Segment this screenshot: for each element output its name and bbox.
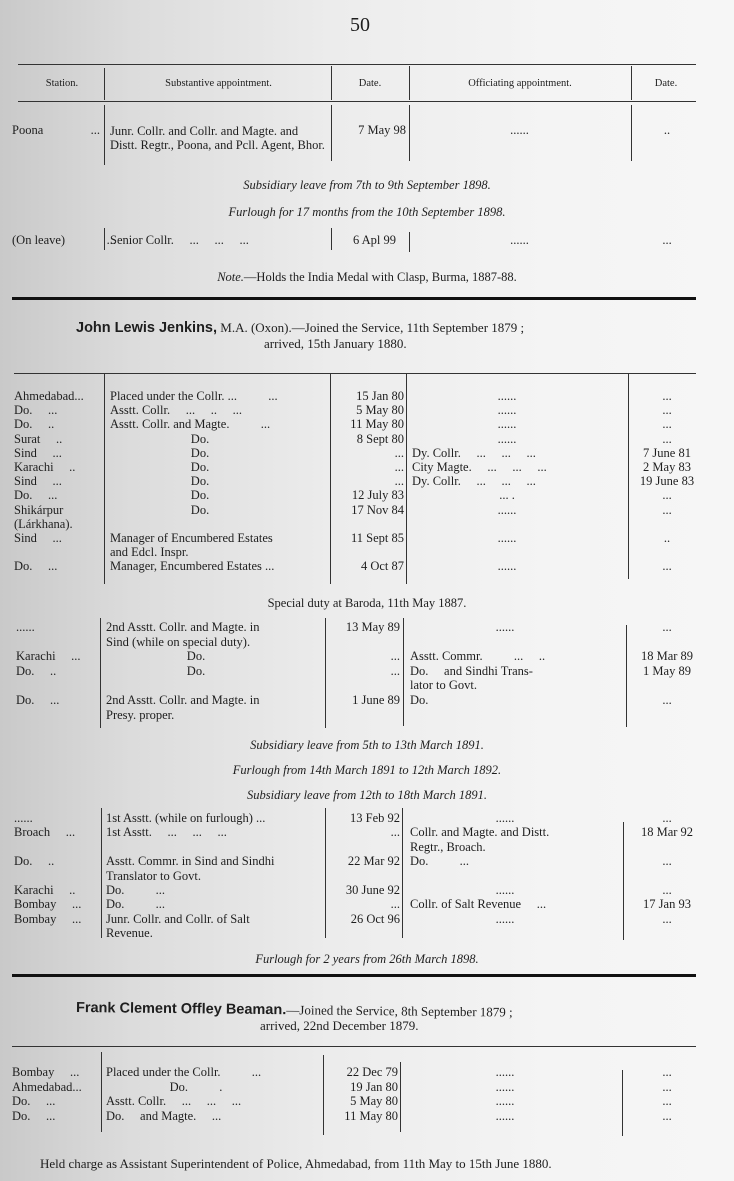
note-text: —Holds the India Medal with Clasp, Burma… [244,270,517,284]
date-cell: 5 May 80 [334,404,404,416]
substantive-cell: Do. [106,650,286,662]
officiating-cell: Regtr., Broach. [410,841,625,853]
substantive-cell: Do. [110,461,290,473]
officiating-cell: Collr. of Salt Revenue ... [410,898,625,910]
station-cell: Ahmedabad... [14,390,102,402]
station-cell: Karachi ... [16,650,104,662]
col-divider [406,374,407,584]
date2-cell: 19 June 83 [628,475,706,487]
substantive-cell: Junr. Collr. and Collr. and Magte. and D… [110,124,328,152]
officiating-cell: ...... [410,1095,600,1107]
officiating-cell: ...... [412,504,602,516]
officiating-cell: ...... [410,884,600,896]
col-divider [330,374,331,584]
col-divider [331,66,332,100]
col-divider [400,1062,401,1132]
police-charge-note: Held charge as Assistant Superintendent … [40,1156,552,1172]
officiating-cell: City Magte. ... ... ... [412,461,627,473]
substantive-cell: Revenue. [106,927,321,939]
col-divider [104,68,105,100]
station-cell: Broach ... [14,826,102,838]
col-divider [331,228,332,250]
substantive-cell: Placed under the Collr. ... [106,1066,321,1078]
date-cell: 7 May 98 [336,124,406,136]
date-cell: 13 Feb 92 [330,812,400,824]
officiating-cell: ...... [410,1066,600,1078]
officer-arrival: arrived, 22nd December 1879. [260,1018,418,1034]
date2-cell: ... [628,489,706,501]
substantive-cell: 2nd Asstt. Collr. and Magte. in [106,621,321,633]
officer-arrival: arrived, 15th January 1880. [264,336,407,352]
officiating-cell: ...... [410,1081,600,1093]
officer-intro: —Joined the Service, 8th September 1879 … [286,1002,513,1019]
date2-cell: ... [628,1095,706,1107]
date2-cell: ... [628,855,706,867]
officiating-cell: ...... [412,234,627,246]
note-label: Note. [217,270,244,284]
date2-cell: ... [628,812,706,824]
leave-note: Subsidiary leave from 7th to 9th Septemb… [0,178,734,193]
date-cell: 11 Sept 85 [334,532,404,544]
officiating-cell: ...... [412,560,602,572]
date2-cell: ... [628,504,706,516]
station-cell: Do. ... [12,1110,100,1122]
officer-name: John Lewis Jenkins, [76,320,217,336]
station-cell: Sind ... [14,447,102,459]
leave-note: Subsidiary leave from 5th to 13th March … [0,738,734,753]
station-cell: Do. ... [16,694,104,706]
substantive-cell: Do. [110,504,290,516]
date2-cell: ... [628,1110,706,1122]
date-cell: 5 May 80 [328,1095,398,1107]
substantive-cell: Junr. Collr. and Collr. of Salt [106,913,321,925]
substantive-cell: 1st Asstt. (while on furlough) ... [106,812,321,824]
officiating-cell: lator to Govt. [410,679,625,691]
substantive-cell: Asstt. Collr. and Magte. ... [110,418,325,430]
officiating-cell: ...... [410,913,600,925]
date2-cell: 2 May 83 [628,461,706,473]
substantive-cell: Do. [110,489,290,501]
officiating-cell: Do. [410,694,625,706]
officiating-cell: ...... [410,621,600,633]
officiating-cell: ...... [412,404,602,416]
col-divider [104,105,105,165]
date2-cell: ... [628,1066,706,1078]
date2-cell: ... [628,884,706,896]
substantive-cell: Do. . [106,1081,286,1093]
officiating-cell: ...... [412,433,602,445]
col-divider [409,66,410,100]
col-divider [409,105,410,161]
substantive-cell: and Edcl. Inspr. [110,546,325,558]
officer-entry-header: John Lewis Jenkins, M.A. (Oxon).—Joined … [76,320,524,336]
note: Note.—Holds the India Medal with Clasp, … [0,270,734,285]
officiating-cell: ...... [412,124,627,136]
section-divider [12,974,696,977]
station-cell: Karachi .. [14,461,102,473]
substantive-cell: Asstt. Collr. ... .. ... [110,404,325,416]
station-cell: Bombay ... [12,1066,100,1078]
header-bottom-rule [18,101,696,102]
date-cell: ... [330,898,400,910]
officiating-cell: ... . [412,489,602,501]
station-cell: Do. ... [12,1095,100,1107]
date-cell: 15 Jan 80 [334,390,404,402]
officiating-cell: ...... [412,532,602,544]
col-divider [101,1052,102,1132]
substantive-cell: Translator to Govt. [106,870,321,882]
date-cell: 22 Mar 92 [330,855,400,867]
date2-cell: 17 Jan 93 [628,898,706,910]
col-divider [631,66,632,100]
substantive-cell: 2nd Asstt. Collr. and Magte. in [106,694,321,706]
section-rule [14,373,696,374]
date-cell: ... [334,461,404,473]
substantive-cell: Placed under the Collr. ... ... [110,390,325,402]
date-cell: ... [330,650,400,662]
special-duty-note: Special duty at Baroda, 11th May 1887. [0,596,734,611]
station-cell: (Lárkhana). [14,518,102,530]
substantive-cell: Do. [110,433,290,445]
section-divider [12,297,696,300]
station-cell: Do. .. [16,665,104,677]
date-cell: 17 Nov 84 [334,504,404,516]
officiating-cell: Asstt. Commr. ... .. [410,650,625,662]
date2-cell: ... [628,560,706,572]
station-cell: Ahmedabad... [12,1081,100,1093]
substantive-cell: Do. [110,447,290,459]
officiating-cell: Dy. Collr. ... ... ... [412,447,627,459]
substantive-cell: Sind (while on special duty). [106,636,321,648]
col-divider [623,822,624,940]
station-cell: Bombay ... [14,913,102,925]
station-cell: Karachi .. [14,884,102,896]
date2-cell: ... [628,390,706,402]
date-cell: 19 Jan 80 [328,1081,398,1093]
col-divider [402,808,403,938]
station-cell: Bombay ... [14,898,102,910]
col-divider [331,105,332,161]
col-divider [325,618,326,728]
station-cell: Poona [12,123,43,137]
date-cell: ... [334,447,404,459]
date2-cell: ... [628,621,706,633]
substantive-cell: Do. [110,475,290,487]
officer-intro: M.A. (Oxon).—Joined the Service, 11th Se… [217,320,524,335]
substantive-cell: Presy. proper. [106,709,321,721]
col-divider [323,1055,324,1135]
date-cell: 30 June 92 [330,884,400,896]
station-cell: (On leave) [12,233,65,247]
date2-cell: ... [628,404,706,416]
date2-cell: 18 Mar 92 [628,826,706,838]
date2-cell: 18 Mar 89 [628,650,706,662]
officiating-cell: ...... [410,812,600,824]
station-cell: ...... [14,812,102,824]
station-cell: Sind ... [14,475,102,487]
station-cell: Do. ... [14,489,102,501]
officiating-cell: Do. and Sindhi Trans- [410,665,625,677]
date2-cell: ... [628,913,706,925]
date2-cell: ... [628,1081,706,1093]
col-divider [622,1070,623,1136]
header-top-rule [18,64,696,65]
substantive-cell: Manager of Encumbered Estates [110,532,325,544]
officer-name: Frank Clement Offley Beaman. [76,1000,286,1018]
date2-cell: ... [628,433,706,445]
date2-cell: ... [628,234,706,246]
page-number: 50 [350,14,370,37]
substantive-cell: Do. [106,665,286,677]
date-cell: 1 June 89 [330,694,400,706]
date-cell: 4 Oct 87 [334,560,404,572]
date-cell: ... [330,665,400,677]
col-header-date: Date. [331,66,409,100]
officiating-cell: ...... [412,418,602,430]
substantive-cell: Do. and Magte. ... [106,1110,321,1122]
substantive-cell: Do. ... [106,884,321,896]
date2-cell: 7 June 81 [628,447,706,459]
substantive-cell: Do. ... [106,898,321,910]
leave-note: Furlough for 17 months from the 10th Sep… [0,205,734,220]
officiating-cell: Do. ... [410,855,625,867]
date-cell: 13 May 89 [330,621,400,633]
substantive-cell: 1st Asstt. ... ... ... [106,826,321,838]
officiating-cell: Collr. and Magte. and Distt. [410,826,625,838]
officiating-cell: Dy. Collr. ... ... ... [412,475,627,487]
date2-cell: .. [628,124,706,136]
date-cell: 12 July 83 [334,489,404,501]
col-divider [325,808,326,938]
date2-cell: 1 May 89 [628,665,706,677]
date-cell: 11 May 80 [328,1110,398,1122]
date-cell: 22 Dec 79 [328,1066,398,1078]
station-cell: Do. .. [14,418,102,430]
leave-note: Furlough for 2 years from 26th March 189… [0,952,734,967]
date-cell: ... [330,826,400,838]
date-cell: 8 Sept 80 [334,433,404,445]
station-cell: Sind ... [14,532,102,544]
date-cell: 11 May 80 [334,418,404,430]
leader-dots: ... [91,124,100,136]
leave-note: Subsidiary leave from 12th to 18th March… [0,788,734,803]
col-divider [409,232,410,252]
date-cell: ... [334,475,404,487]
substantive-cell: Senior Collr. ... ... ... [110,234,325,246]
date2-cell: ... [628,694,706,706]
date2-cell: ... [628,418,706,430]
station-cell: ...... [16,621,104,633]
substantive-cell: Manager, Encumbered Estates ... [110,560,325,572]
col-divider [626,625,627,727]
date2-cell: .. [628,532,706,544]
col-header-date2: Date. [631,66,701,100]
col-header-officiating: Officiating appointment. [409,66,631,100]
station-cell: Surat .. [14,433,102,445]
station-cell: Do. ... [14,560,102,572]
col-divider [104,374,105,584]
station-cell: Do. ... [14,404,102,416]
officiating-cell: ...... [412,390,602,402]
leave-note: Furlough from 14th March 1891 to 12th Ma… [0,763,734,778]
station-cell: Do. .. [14,855,102,867]
col-header-station: Station. [18,66,106,100]
officiating-cell: ...... [410,1110,600,1122]
date-cell: 6 Apl 99 [336,234,396,246]
col-divider [403,618,404,726]
substantive-cell: Asstt. Commr. in Sind and Sindhi [106,855,321,867]
col-header-substantive: Substantive appointment. [106,66,331,100]
substantive-cell: Asstt. Collr. ... ... ... [106,1095,321,1107]
section-rule [12,1046,696,1047]
date-cell: 26 Oct 96 [330,913,400,925]
station-cell: Shikárpur [14,504,102,516]
